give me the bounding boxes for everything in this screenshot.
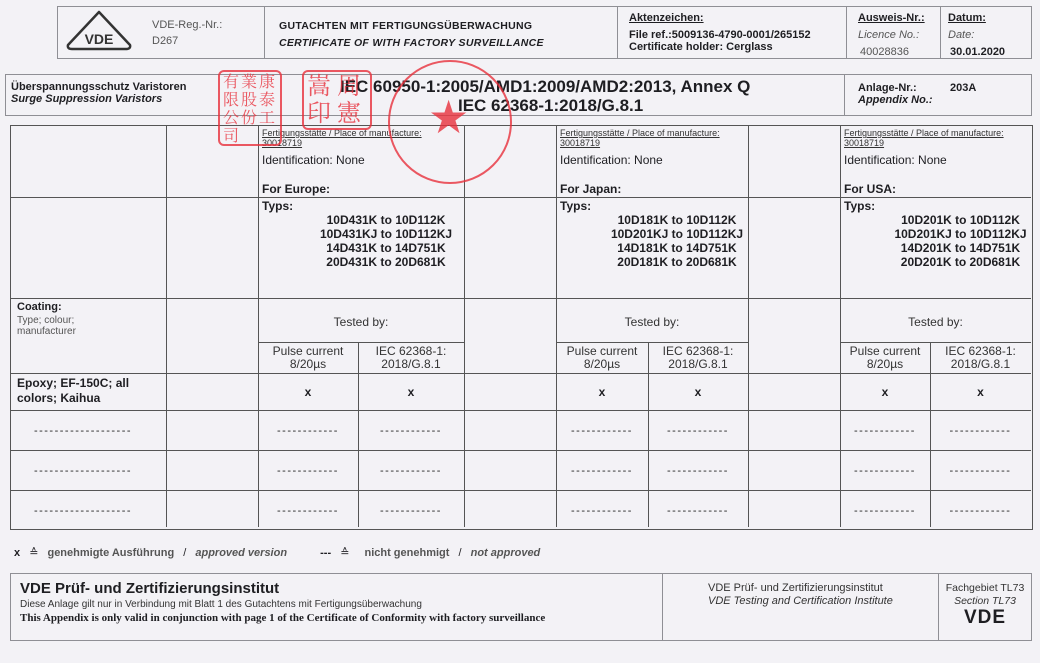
separator: /	[183, 547, 186, 559]
types-label: Typs:	[262, 199, 293, 213]
type-range: 10D201KJ to 10D112KJ	[556, 227, 798, 241]
not-approved-symbol: ---	[320, 547, 331, 559]
divider	[846, 6, 847, 59]
approved-mark: x	[258, 385, 358, 399]
not-approved-mark: ------------	[930, 505, 1031, 517]
approved-mark: x	[358, 385, 464, 399]
identification: Identification: None	[560, 153, 663, 167]
tested-by-label: Tested by:	[258, 315, 464, 329]
date-value: 30.01.2020	[950, 46, 1005, 58]
equiv-icon: ≙	[340, 547, 349, 559]
footer-note-en: This Appendix is only valid in conjuncti…	[20, 612, 545, 624]
type-range: 10D431K to 10D112K	[258, 213, 514, 227]
separator: /	[458, 547, 461, 559]
licence-label: Licence No.:	[858, 29, 919, 41]
vde-logo: VDE	[64, 9, 134, 53]
type-range: 10D181K to 10D112K	[556, 213, 798, 227]
place-code: 30018719	[262, 138, 548, 148]
not-approved-mark: ------------	[258, 465, 358, 477]
coating-value: Epoxy; EF-150C; all colors; Kaihua	[17, 376, 129, 406]
approved-mark: x	[556, 385, 648, 399]
not-approved-mark: ------------	[840, 425, 930, 437]
pulse-current-header: Pulse current 8/20µs	[258, 345, 358, 371]
types-label: Typs:	[560, 199, 591, 213]
not-approved-mark: ------------	[648, 505, 748, 517]
tested-by-label: Tested by:	[840, 315, 1031, 329]
coating-placeholder: -------------------	[10, 505, 156, 517]
standard-line-2: IEC 62368-1:2018/G.8.1	[458, 96, 643, 116]
types-list: 10D201K to 10D112K10D201KJ to 10D112KJ14…	[840, 213, 1040, 269]
manufacture-site: Fertigungsstätte / Place of manufacture:…	[560, 128, 832, 148]
approved-en: approved version	[195, 547, 287, 559]
datum-label: Datum:	[948, 12, 986, 24]
appendix-number: 203A	[950, 82, 976, 94]
ausweis-label: Ausweis-Nr.:	[858, 12, 925, 24]
coating-placeholder: -------------------	[10, 465, 156, 477]
not-approved-mark: ------------	[358, 425, 464, 437]
aktenzeichen-label: Aktenzeichen:	[629, 12, 704, 24]
not-approved-mark: ------------	[556, 425, 648, 437]
footer-note-de: Diese Anlage gilt nur in Verbindung mit …	[20, 599, 422, 610]
subject-en: Surge Suppression Varistors	[11, 93, 162, 105]
col-line	[748, 125, 749, 527]
identification: Identification: None	[262, 153, 365, 167]
not-approved-mark: ------------	[840, 465, 930, 477]
row-line	[10, 373, 1031, 374]
not-approved-mark: ------------	[556, 465, 648, 477]
type-range: 10D431KJ to 10D112KJ	[258, 227, 514, 241]
type-range: 10D201K to 10D112K	[840, 213, 1040, 227]
row-line	[10, 298, 1031, 299]
row-line	[10, 490, 1031, 491]
certificate-title-de: GUTACHTEN MIT FERTIGUNGSÜBERWACHUNG	[279, 20, 532, 32]
approved-mark: x	[648, 385, 748, 399]
row-line	[10, 450, 1031, 451]
approved-mark: x	[930, 385, 1031, 399]
vde-triangle-icon: VDE	[64, 9, 134, 53]
not-approved-mark: ------------	[358, 505, 464, 517]
divider	[940, 6, 941, 59]
identification: Identification: None	[844, 153, 947, 167]
section-en: Section TL73	[940, 595, 1030, 607]
not-approved-mark: ------------	[930, 465, 1031, 477]
row-line	[10, 410, 1031, 411]
row-line	[258, 342, 464, 343]
licence-number: 40028836	[860, 46, 909, 58]
type-range: 20D201K to 20D681K	[840, 255, 1040, 269]
manufacture-site: Fertigungsstätte / Place of manufacture:…	[262, 128, 548, 148]
row-line	[556, 342, 748, 343]
iec-standard-header: IEC 62368-1: 2018/G.8.1	[358, 345, 464, 371]
not-approved-mark: ------------	[648, 425, 748, 437]
reg-label: VDE-Reg.-Nr.:	[152, 19, 222, 31]
type-range: 14D181K to 14D751K	[556, 241, 798, 255]
approved-de: genehmigte Ausführung	[47, 547, 174, 559]
certificate-title-en: CERTIFICATE OF WITH FACTORY SURVEILLANCE	[279, 37, 544, 49]
institute-name-en: VDE Testing and Certification Institute	[708, 595, 893, 607]
anlage-label: Anlage-Nr.:	[858, 82, 917, 94]
type-range: 14D431K to 14D751K	[258, 241, 514, 255]
footer-title: VDE Prüf- und Zertifizierungsinstitut	[20, 580, 279, 597]
institute-name-de: VDE Prüf- und Zertifizierungsinstitut	[708, 582, 883, 594]
types-list: 10D181K to 10D112K10D201KJ to 10D112KJ14…	[556, 213, 798, 269]
not-approved-mark: ------------	[258, 505, 358, 517]
not-approved-mark: ------------	[840, 505, 930, 517]
not-approved-mark: ------------	[930, 425, 1031, 437]
divider	[844, 74, 845, 116]
pulse-current-header: Pulse current 8/20µs	[840, 345, 930, 371]
place-of-manufacture-label: Fertigungsstätte / Place of manufacture:	[262, 128, 548, 138]
type-range: 10D201KJ to 10D112KJ	[840, 227, 1040, 241]
coating-sublabel: Type; colour; manufacturer	[17, 315, 76, 337]
col-line	[166, 125, 167, 527]
row-line	[10, 197, 1031, 198]
divider	[662, 573, 663, 641]
divider	[264, 6, 265, 59]
region-label: For USA:	[844, 182, 896, 196]
not-approved-mark: ------------	[648, 465, 748, 477]
type-range: 14D201K to 14D751K	[840, 241, 1040, 255]
types-list: 10D431K to 10D112K10D431KJ to 10D112KJ14…	[258, 213, 514, 269]
col-line	[464, 125, 465, 527]
place-code: 30018719	[844, 138, 1040, 148]
coating-label: Coating:	[17, 301, 62, 313]
iec-standard-header: IEC 62368-1: 2018/G.8.1	[648, 345, 748, 371]
row-line	[840, 342, 1031, 343]
approved-symbol: x	[14, 547, 20, 559]
place-of-manufacture-label: Fertigungsstätte / Place of manufacture:	[560, 128, 832, 138]
not-approved-en: not approved	[471, 547, 541, 559]
place-code: 30018719	[560, 138, 832, 148]
divider	[938, 573, 939, 641]
place-of-manufacture-label: Fertigungsstätte / Place of manufacture:	[844, 128, 1040, 138]
not-approved-mark: ------------	[556, 505, 648, 517]
pulse-current-header: Pulse current 8/20µs	[556, 345, 648, 371]
subject-de: Überspannungsschutz Varistoren	[11, 81, 186, 93]
svg-text:VDE: VDE	[85, 31, 114, 47]
date-label: Date:	[948, 29, 974, 41]
certificate-holder: Certificate holder: Cerglass	[629, 41, 773, 53]
coating-placeholder: -------------------	[10, 425, 156, 437]
vde-wordmark: VDE	[940, 607, 1030, 629]
not-approved-mark: ------------	[358, 465, 464, 477]
type-range: 20D181K to 20D681K	[556, 255, 798, 269]
manufacture-site: Fertigungsstätte / Place of manufacture:…	[844, 128, 1040, 148]
legend: x ≙ genehmigte Ausführung / approved ver…	[14, 546, 546, 559]
region-label: For Europe:	[262, 182, 330, 196]
reg-value: D267	[152, 35, 178, 47]
divider	[617, 6, 618, 59]
tested-by-label: Tested by:	[556, 315, 748, 329]
appendix-label: Appendix No.:	[858, 94, 933, 106]
iec-standard-header: IEC 62368-1: 2018/G.8.1	[930, 345, 1031, 371]
equiv-icon: ≙	[29, 547, 38, 559]
not-approved-mark: ------------	[258, 425, 358, 437]
section-de: Fachgebiet TL73	[940, 582, 1030, 594]
type-range: 20D431K to 20D681K	[258, 255, 514, 269]
standard-line-1: IEC 60950-1:2005/AMD1:2009/AMD2:2013, An…	[340, 77, 750, 97]
types-label: Typs:	[844, 199, 875, 213]
region-label: For Japan:	[560, 182, 621, 196]
file-reference: File ref.:5009136-4790-0001/265152	[629, 29, 811, 41]
not-approved-de: nicht genehmigt	[364, 547, 449, 559]
approved-mark: x	[840, 385, 930, 399]
